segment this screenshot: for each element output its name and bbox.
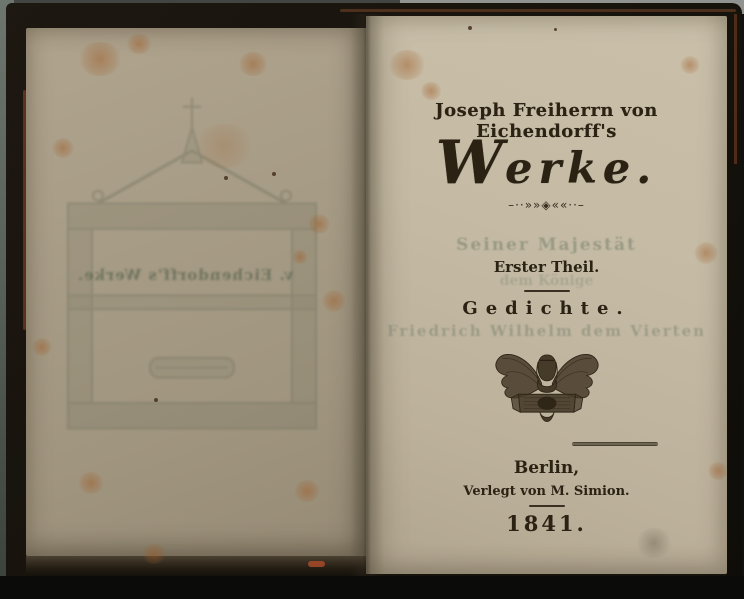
book-title: Werke. <box>366 128 727 198</box>
foxing-spot <box>388 50 426 80</box>
stray-ink-line <box>572 442 658 446</box>
foxing-spot <box>680 56 700 74</box>
foxing-spot <box>126 34 152 54</box>
foxing-spot <box>308 214 330 234</box>
part-line: Erster Theil. <box>366 258 727 276</box>
ink-speck <box>154 398 158 402</box>
mirrored-show-through-text: v. Eichendorff's Werke. <box>26 266 344 284</box>
foxing-spot <box>292 250 308 264</box>
foxing-spot <box>78 472 104 494</box>
foxing-spot <box>238 52 268 76</box>
foxing-spot <box>52 138 74 158</box>
left-page-flyleaf: v. Eichendorff's Werke. <box>26 28 366 556</box>
foxing-spot <box>322 290 346 312</box>
foxing-spot <box>708 462 728 480</box>
winged-sphinx-vignette-icon <box>488 346 606 430</box>
foxing-spot <box>142 544 166 564</box>
smudge-spot <box>634 528 674 558</box>
foxing-spot <box>78 42 122 76</box>
divider-rule <box>529 505 565 507</box>
foxing-spot <box>420 82 442 100</box>
red-edge-stain <box>308 561 325 567</box>
show-through-line-1: Seiner Majestät <box>366 235 727 255</box>
foxing-patch <box>194 124 254 168</box>
imprint-year: 1841. <box>366 511 727 536</box>
imprint-publisher: Verlegt von M. Simion. <box>366 484 727 499</box>
cover-top-edge-highlight <box>340 9 736 12</box>
divider-rule <box>524 290 570 292</box>
divider-ornament: –··»»◈««··– <box>366 198 727 212</box>
cover-right-edge-line <box>734 14 737 164</box>
foxing-spot <box>32 338 52 356</box>
show-through-line-3: Friedrich Wilhelm dem Vierten <box>366 322 727 340</box>
book-gutter-crease <box>350 14 384 576</box>
ink-speck <box>224 176 228 180</box>
foxing-spot <box>294 480 320 502</box>
ink-speck <box>272 172 276 176</box>
genre-line: Gedichte. <box>366 298 727 319</box>
foxing-spot <box>694 242 718 264</box>
ink-speck <box>468 26 472 30</box>
shadow-below-book <box>0 576 744 599</box>
ink-speck <box>554 28 557 31</box>
imprint-city: Berlin, <box>366 458 727 478</box>
photograph-open-book: v. Eichendorff's Werke. Seiner Majestät … <box>0 0 744 599</box>
title-page: Seiner Majestät dem Könige Friedrich Wil… <box>366 16 727 574</box>
